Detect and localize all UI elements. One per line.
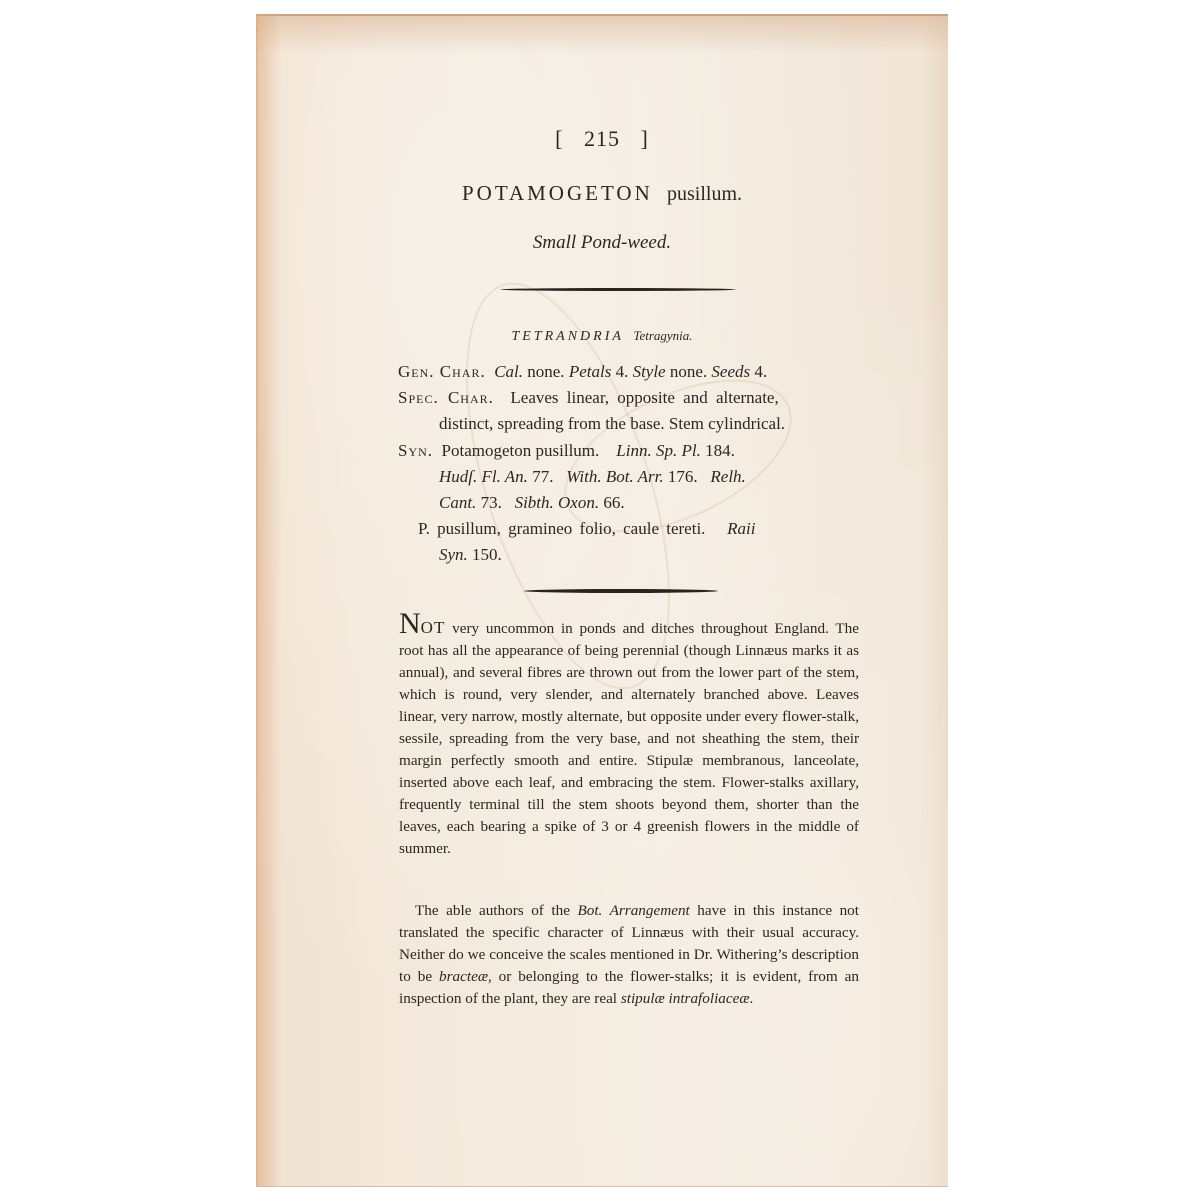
genus-name: POTAMOGETON [462,181,653,205]
species-epithet: pusillum. [667,183,742,205]
linnaean-classification: TETRANDRIA Tetragynia. [256,328,948,345]
ornamental-rule [524,589,718,593]
syn-line-3: Cant. 73. Sibth. Oxon. 66. [439,493,625,513]
spec-char-line-1: Spec. Char. Leaves linear, opposite and … [398,388,779,408]
class-name: TETRANDRIA [511,329,623,344]
page-number: [ 215 ] [256,126,948,152]
syn-line-4: P. pusillum, gramineo folio, caule teret… [418,519,756,539]
order-name: Tetragynia. [633,328,692,343]
description-paragraph-1: NOT very uncommon in ponds and ditches t… [399,614,859,860]
ornamental-rule [500,288,736,291]
gen-char-line: Gen. Char. Cal. none. Petals 4. Style no… [398,362,767,382]
page-number-value: 215 [584,126,620,151]
syn-line-1: Syn. Potamogeton pusillum. Linn. Sp. Pl.… [398,441,735,461]
syn-line-5: Syn. 150. [439,545,502,565]
gen-char-label: Gen. Char. [398,362,486,381]
syn-label: Syn. [398,441,433,460]
species-title: POTAMOGETON pusillum. [256,181,948,206]
syn-line-2: Hudſ. Fl. An. 77. With. Bot. Arr. 176. R… [439,467,746,487]
spec-char-label: Spec. Char. [398,388,494,407]
description-paragraph-2: The able authors of the Bot. Arrangement… [399,900,859,1010]
common-name: Small Pond-weed. [256,232,948,254]
drop-cap: N [399,607,421,640]
book-page: [ 215 ] POTAMOGETON pusillum. Small Pond… [256,14,948,1187]
spec-char-line-2: distinct, spreading from the base. Stem … [439,414,785,434]
